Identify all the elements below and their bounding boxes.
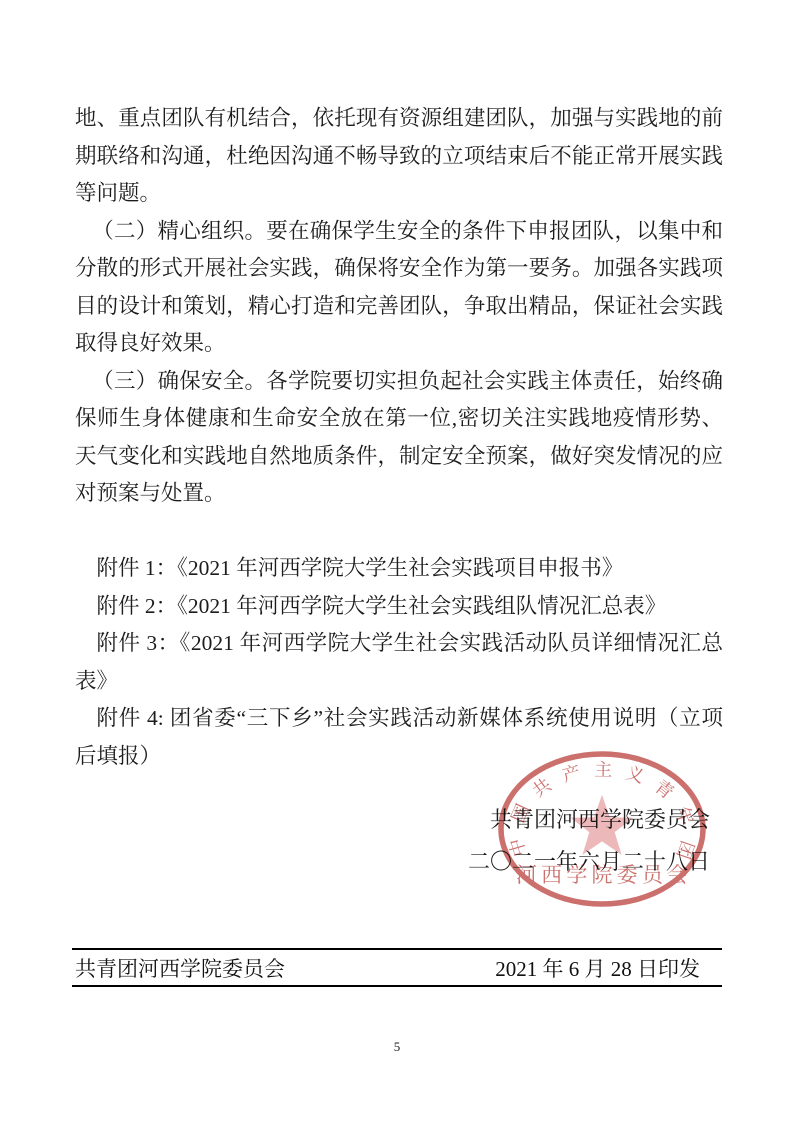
footer-rule-bottom (72, 985, 722, 987)
signature-block: 共青团河西学院委员会 二〇二一年六月二十八日 (75, 799, 723, 883)
attachment-line-2: 附件 2：《2021 年河西学院大学生社会实践组队情况汇总表》 (75, 588, 723, 626)
document-page: 地、重点团队有机结合，依托现有资源组建团队，加强与实践地的前期联络和沟通，杜绝因… (0, 0, 794, 1123)
paragraph-continuation: 地、重点团队有机结合，依托现有资源组建团队，加强与实践地的前期联络和沟通，杜绝因… (75, 100, 723, 213)
footer-issuer: 共青团河西学院委员会 (75, 953, 285, 983)
paragraph-point-3: （三）确保安全。各学院要切实担负起社会实践主体责任，始终确保师生身体健康和生命安… (75, 363, 723, 513)
footer-print-date: 2021 年 6 月 28 日印发 (495, 953, 700, 983)
document-body: 地、重点团队有机结合，依托现有资源组建团队，加强与实践地的前期联络和沟通，杜绝因… (75, 100, 723, 883)
signature-date: 二〇二一年六月二十八日 (75, 841, 710, 883)
colophon-row: 共青团河西学院委员会 2021 年 6 月 28 日印发 (72, 950, 722, 985)
attachment-line-3: 附件 3：《2021 年河西学院大学生社会实践活动队员详细情况汇总表》 (75, 625, 723, 700)
paragraph-point-2: （二）精心组织。要在确保学生安全的条件下申报团队，以集中和分散的形式开展社会实践… (75, 213, 723, 363)
colophon-footer: 共青团河西学院委员会 2021 年 6 月 28 日印发 (72, 948, 722, 987)
signature-org: 共青团河西学院委员会 (75, 799, 710, 841)
attachment-line-4: 附件 4: 团省委“三下乡”社会实践活动新媒体系统使用说明（立项后填报） (75, 700, 723, 775)
page-number: 5 (0, 1039, 794, 1055)
attachment-line-1: 附件 1：《2021 年河西学院大学生社会实践项目申报书》 (75, 550, 723, 588)
